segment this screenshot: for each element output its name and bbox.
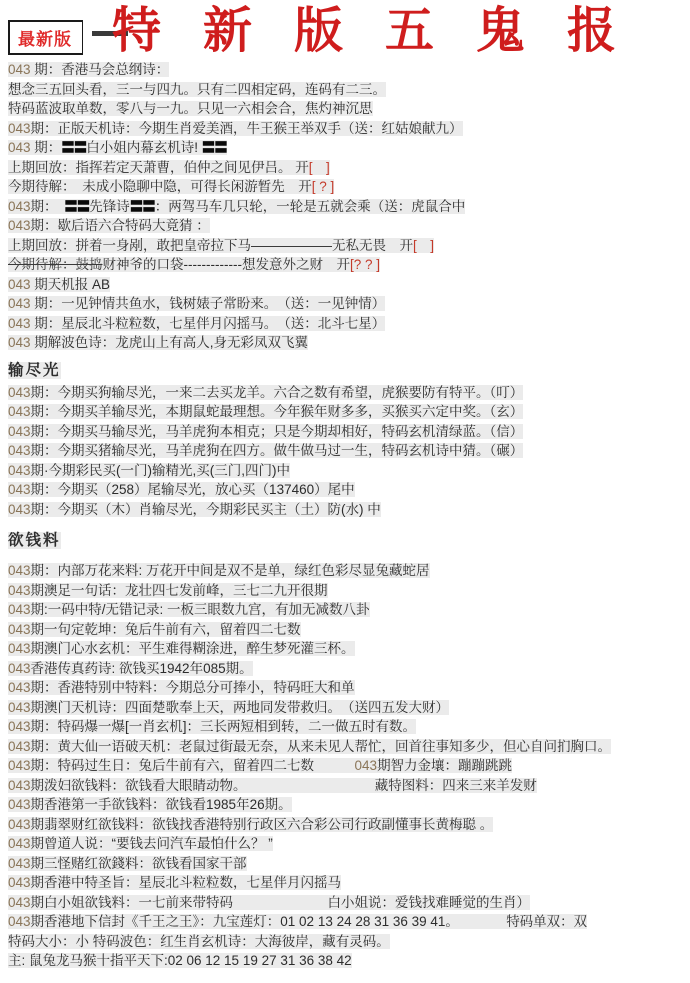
text-segment: 043 (8, 700, 31, 715)
line-shujinguang-4: 043期：今期买猪输尽光，马羊虎狗在四方。做牛做马过一生，特码玄机诗中猜。（碾） (8, 441, 690, 461)
text-segment: 043 (8, 296, 34, 311)
text-segment: 043 (8, 218, 31, 233)
text-segment: 期澳门天机诗：四面楚歌奉上天，两地同发带救归。 （送四五发大财） (31, 700, 450, 715)
text-segment: 期香港中特圣旨：星辰北斗粒粒数，七星伴月闪摇马 (31, 875, 342, 890)
line-shujinguang-2: 043期：今期买羊输尽光，本期鼠蛇最理想。今年猴年财多多，买猴买六定中奖。（玄） (8, 402, 690, 422)
text-segment: 财神爷的口袋-------------想发意外之财 开 (103, 257, 350, 272)
text-segment: 043 (8, 641, 31, 656)
text-segment: 期解波色诗：龙虎山上有高人,身无彩凤双飞翼 (34, 335, 308, 350)
line-xiehouyu-title: 043期：歇后语六合特码大竟猜 ： (8, 216, 690, 236)
text-segment: 043 (8, 140, 34, 155)
text-segment: 期三怪赌红欲錢料：欲钱看国家干部 (31, 856, 247, 871)
text-segment: 期：今期买猪输尽光，马羊虎狗在四方。做牛做马过一生，特码玄机诗中猜。（碾） (31, 443, 524, 458)
text-segment: 043 (8, 602, 31, 617)
text-segment: 期香港第一手欲钱料：欲钱看1985年26期。 (31, 797, 292, 812)
line-diyishou: 043期香港第一手欲钱料：欲钱看1985年26期。 (8, 795, 690, 815)
line-sanguai: 043期三怪赌红欲錢料：欲钱看国家干部 (8, 854, 690, 874)
text-segment: 期香港地下信封《千王之王》：九宝莲灯：01 02 13 24 28 31 36 … (31, 914, 453, 929)
line-baixiaojie-yuqian: 043期白小姐欲钱料：一七前来带特码 白小姐说：爱钱找难睡觉的生肖） (8, 893, 690, 913)
text-segment: 主: 鼠兔龙马猴十指平天下:02 06 12 15 19 27 31 36 38… (8, 953, 352, 968)
text-segment: 期：今期买马输尽光，马羊虎狗本相克；只是今期却相好，特码玄机清绿蓝。（信） (31, 424, 524, 439)
text-segment: 043 (8, 316, 34, 331)
line-huangdaxian: 043期：黄大仙一语破天机：老鼠过街最无奈，从来未见人帮忙，回首往事知多少，但心… (8, 737, 690, 757)
text-segment: 期白小姐欲钱料：一七前来带特码 (31, 895, 234, 910)
text-segment: 期：星辰北斗粒粒数，七星伴月闪摇马。 （送：北斗七星） (34, 316, 385, 331)
text-segment: 043 (8, 502, 31, 517)
text-segment: 043 (8, 443, 31, 458)
text-segment: [ ? ] (312, 179, 335, 194)
text-segment: 特码单双：双 (506, 914, 587, 929)
text-segment: 期：今期买羊输尽光，本期鼠蛇最理想。今年猴年财多多，买猴买六定中奖。（玄） (31, 404, 524, 419)
text-segment: 白小姐内幕玄机诗! (86, 140, 202, 155)
text-segment (452, 914, 506, 929)
latest-edition-badge: 最新版 (8, 20, 83, 55)
text-segment: 期：今期买（258）尾输尽光，放心买（137460）尾中 (31, 482, 355, 497)
line-pofu-cangte: 043期泼妇欲钱料：欲钱看大眼睛动物。 藏特图料：四来三来羊发财 (8, 776, 690, 796)
text-segment: 期：香港马会总纲诗： (34, 62, 169, 77)
line-aomen-tianji: 043期澳门天机诗：四面楚歌奉上天，两地同发带救归。 （送四五发大财） (8, 698, 690, 718)
text-segment: 043 (8, 680, 31, 695)
text-segment: 欲钱料 (8, 532, 61, 549)
line-tebie-zhongte: 043期：香港特别中特料：今期总分可捧小，特码旺大和单 (8, 678, 690, 698)
line-xiehouyu-last: 上期回放：拼着一身剐，敢把皇帝拉下马——————无私无畏 开[ ] (8, 236, 690, 256)
text-segment: 043 (8, 563, 31, 578)
text-segment: 043 (8, 719, 31, 734)
text-segment: 期澳足一句话：龙壮四七发前峰，三七二九开很期 (31, 583, 328, 598)
tip-lines-container: 043 期：香港马会总纲诗：想念三五回头看，三一与四九。只有二四相定码，连码有二… (0, 58, 690, 971)
page-title: 特新版五鬼报 (112, 0, 658, 62)
text-segment: 043 (8, 856, 31, 871)
text-segment: [ ] (413, 238, 434, 253)
text-segment: 〓〓 (61, 140, 86, 155)
text-segment: 043 (8, 385, 31, 400)
text-segment: 〓〓 (202, 140, 227, 155)
text-segment: 043 (8, 199, 31, 214)
text-segment: 期：今期买狗输尽光，一来二去买龙羊。六合之数有希望，虎猴要防有特平。（叮） (31, 385, 524, 400)
text-segment: 043 (8, 895, 31, 910)
tip-sheet-page: { "meta": { "badge": "最新版", "title": "特新… (0, 0, 690, 983)
text-segment: 043 (8, 277, 34, 292)
text-segment: 期： (31, 199, 65, 214)
text-segment: 043 (8, 583, 31, 598)
line-shujinguang-1: 043期：今期买狗输尽光，一来二去买龙羊。六合之数有希望，虎猴要防有特平。（叮） (8, 383, 690, 403)
line-wanhua: 043期：内部万花来料: 万花开中间是双不是单，绿红色彩尽显兔藏蛇居 (8, 561, 690, 581)
text-segment: 043 (8, 758, 31, 773)
line-feicui-caihong: 043期翡翠财红欲钱料：欲钱找香港特别行政区六合彩公司行政副懂事长黄梅聪 。 (8, 815, 690, 835)
line-aomen-xinshui: 043期澳门心水玄机：平生难得糊涂进，醉生梦死灌三杯。 (8, 639, 690, 659)
text-segment: 期·今期彩民买(一门)输精光,买(三门,四门)中 (31, 463, 290, 478)
text-segment: 043 (8, 62, 34, 77)
text-segment: 期天机报 AB (34, 277, 110, 292)
text-segment: 043 (8, 661, 31, 676)
text-segment: 期翡翠财红欲钱料：欲钱找香港特别行政区六合彩公司行政副懂事长黄梅聪 。 (31, 817, 494, 832)
text-segment: 今期待解：鼓捣 (8, 257, 103, 272)
text-segment: 043 (8, 404, 31, 419)
text-segment: 期智力金壤：蹦蹦跳跳 (377, 758, 512, 773)
line-xianfeng-poem: 043期： 〓〓先锋诗〓〓：两驾马车几只轮，一轮是五就会乘（送：虎鼠合中 (8, 197, 690, 217)
line-teme-baoyibao: 043期：特码爆一爆[一肖玄机]：三长两短相到转，二一做五时有数。 (8, 717, 690, 737)
text-segment: 043 (8, 335, 34, 350)
line-tianjibao-b: 043 期：星辰北斗粒粒数，七星伴月闪摇马。 （送：北斗七星） (8, 314, 690, 334)
text-segment: 期：歇后语六合特码大竟猜 ： (31, 218, 210, 233)
line-tianjibao-ab: 043 期天机报 AB (8, 275, 690, 295)
page-header: 最新版 特新版五鬼报 (0, 0, 690, 58)
text-segment: 期：特码过生日：兔后牛前有六，留着四二七数 (31, 758, 355, 773)
line-zonggang-poem-1: 想念三五回头看，三一与四九。只有二四相定码，连码有二三。 (8, 80, 690, 100)
line-yima-zhongte: 043期:一码中特/无错记录: 一板三眼数九宫，有加无减数八卦 (8, 600, 690, 620)
text-segment: 043 (8, 836, 31, 851)
text-segment: 期:一码中特/无错记录: 一板三眼数九宫，有加无减数八卦 (31, 602, 370, 617)
text-segment: 期：特码爆一爆[一肖玄机]：三长两短相到转，二一做五时有数。 (31, 719, 417, 734)
line-xiehouyu-this: 今期待解：鼓捣财神爷的口袋-------------想发意外之财 开[? ? ] (8, 255, 690, 275)
text-segment: 043 (8, 875, 31, 890)
text-segment: 期澳门心水玄机：平生难得糊涂进，醉生梦死灌三杯。 (31, 641, 355, 656)
text-segment: 上期回放：指挥若定天萧曹，伯仲之间见伊吕。 开 (8, 160, 309, 175)
line-this-pending: 今期待解： 未成小隐聊中隐，可得长闲游暂先 开[ ? ] (8, 177, 690, 197)
heading-yuqianliao: 欲钱料 (8, 529, 690, 553)
line-zonggang-poem-2: 特码蓝波取单数，零八与一九。只见一六相会合，焦灼神沉思 (8, 99, 690, 119)
line-caimin: 043期·今期彩民买(一门)输精光,买(三门,四门)中 (8, 461, 690, 481)
text-segment: 今期待解： 未成小隐聊中隐，可得长闲游暂先 开 (8, 179, 312, 194)
line-tianji-poem: 043期：正版天机诗：今期生肖爱美酒，牛王猴王举双手（送：红姑娘献九） (8, 119, 690, 139)
text-segment: 先锋诗 (89, 199, 130, 214)
text-segment: 043 (355, 758, 378, 773)
text-segment (233, 895, 328, 910)
text-segment: 043 (8, 739, 31, 754)
text-segment: 043 (8, 778, 31, 793)
text-segment: 香港传真药诗: 欲钱买1942年085期。 (31, 661, 253, 676)
line-shengri-zhili: 043期：特码过生日：兔后牛前有六，留着四二七数 043期智力金壤：蹦蹦跳跳 (8, 756, 690, 776)
text-segment: 〓〓 (130, 199, 155, 214)
text-segment: 期：正版天机诗：今期生肖爱美酒，牛王猴王举双手（送：红姑娘献九） (31, 121, 463, 136)
line-chuanzhen-yaoshi: 043香港传真药诗: 欲钱买1942年085期。 (8, 659, 690, 679)
text-segment: 043 (8, 914, 31, 929)
line-aozu: 043期澳足一句话：龙壮四七发前峰，三七二九开很期 (8, 581, 690, 601)
text-segment: 043 (8, 482, 31, 497)
line-daxiao-bose: 特码大小：小 特码波色：红生肖玄机诗：大海彼岸，藏有灵码。 (8, 932, 690, 952)
line-zengdaoren: 043期曾道人说：“要钱去问汽车最怕什么？ ” (8, 834, 690, 854)
text-segment: 特码蓝波取单数，零八与一九。只见一六相会合，焦灼神沉思 (8, 101, 373, 116)
line-baixiaojie-title: 043 期：〓〓白小姐内幕玄机诗! 〓〓 (8, 138, 690, 158)
line-dixia-xinfeng: 043期香港地下信封《千王之王》：九宝莲灯：01 02 13 24 28 31 … (8, 912, 690, 932)
text-segment: 043 (8, 121, 31, 136)
line-shengzhi: 043期香港中特圣旨：星辰北斗粒粒数，七星伴月闪摇马 (8, 873, 690, 893)
text-segment: 期：内部万花来料: 万花开中间是双不是单，绿红色彩尽显兔藏蛇居 (31, 563, 430, 578)
text-segment: 期泼妇欲钱料：欲钱看大眼睛动物。 (31, 778, 240, 793)
text-segment: 期：一见钟情共鱼水，钱树婊子常盼来。 （送：一见钟情） (34, 296, 385, 311)
line-yiju-qiankun: 043期一句定乾坤：兔后牛前有六，留着四二七数 (8, 620, 690, 640)
line-tianjibao-a: 043 期：一见钟情共鱼水，钱树婊子常盼来。 （送：一见钟情） (8, 294, 690, 314)
text-segment: [? ? ] (350, 257, 380, 272)
line-zhu-shengxiao: 主: 鼠兔龙马猴十指平天下:02 06 12 15 19 27 31 36 38… (8, 951, 690, 971)
text-segment: 期一句定乾坤：兔后牛前有六，留着四二七数 (31, 622, 301, 637)
text-segment: [ ] (309, 160, 330, 175)
text-segment: 〓〓 (64, 199, 89, 214)
text-segment: 特码大小：小 特码波色：红生肖玄机诗：大海彼岸，藏有灵码。 (8, 934, 390, 949)
text-segment: 期：黄大仙一语破天机：老鼠过街最无奈，从来未见人帮忙，回首往事知多少，但心自问扪… (31, 739, 612, 754)
text-segment: 白小姐说：爱钱找难睡觉的生肖） (328, 895, 531, 910)
text-segment: 043 (8, 463, 31, 478)
line-wei-shujinguang: 043期：今期买（258）尾输尽光，放心买（137460）尾中 (8, 480, 690, 500)
text-segment: 藏特图料：四来三来羊发财 (375, 778, 537, 793)
text-segment: 期： (34, 140, 61, 155)
line-last-review: 上期回放：指挥若定天萧曹，伯仲之间见伊吕。 开[ ] (8, 158, 690, 178)
text-segment (240, 778, 375, 793)
heading-shujinguang: 输尽光 (8, 359, 690, 383)
text-segment: 期曾道人说：“要钱去问汽车最怕什么？ ” (31, 836, 273, 851)
text-segment: 043 (8, 622, 31, 637)
text-segment: 想念三五回头看，三一与四九。只有二四相定码，连码有二三。 (8, 82, 386, 97)
line-xiao-shujinguang: 043期：今期买（木）肖输尽光，今期彩民买主（土）防(水) 中 (8, 500, 690, 520)
text-segment: 043 (8, 424, 31, 439)
line-shujinguang-3: 043期：今期买马输尽光，马羊虎狗本相克；只是今期却相好，特码玄机清绿蓝。（信） (8, 422, 690, 442)
line-zonggang-title: 043 期：香港马会总纲诗： (8, 60, 690, 80)
text-segment: 043 (8, 817, 31, 832)
text-segment: 期：今期买（木）肖输尽光，今期彩民买主（土）防(水) 中 (31, 502, 381, 517)
text-segment: 043 (8, 797, 31, 812)
text-segment: 输尽光 (8, 362, 61, 379)
text-segment: 期：香港特别中特料：今期总分可捧小，特码旺大和单 (31, 680, 355, 695)
text-segment: 上期回放：拼着一身剐，敢把皇帝拉下马——————无私无畏 开 (8, 238, 413, 253)
text-segment: ：两驾马车几只轮，一轮是五就会乘（送：虎鼠合中 (155, 199, 466, 214)
line-jiebose-poem: 043 期解波色诗：龙虎山上有高人,身无彩凤双飞翼 (8, 333, 690, 353)
